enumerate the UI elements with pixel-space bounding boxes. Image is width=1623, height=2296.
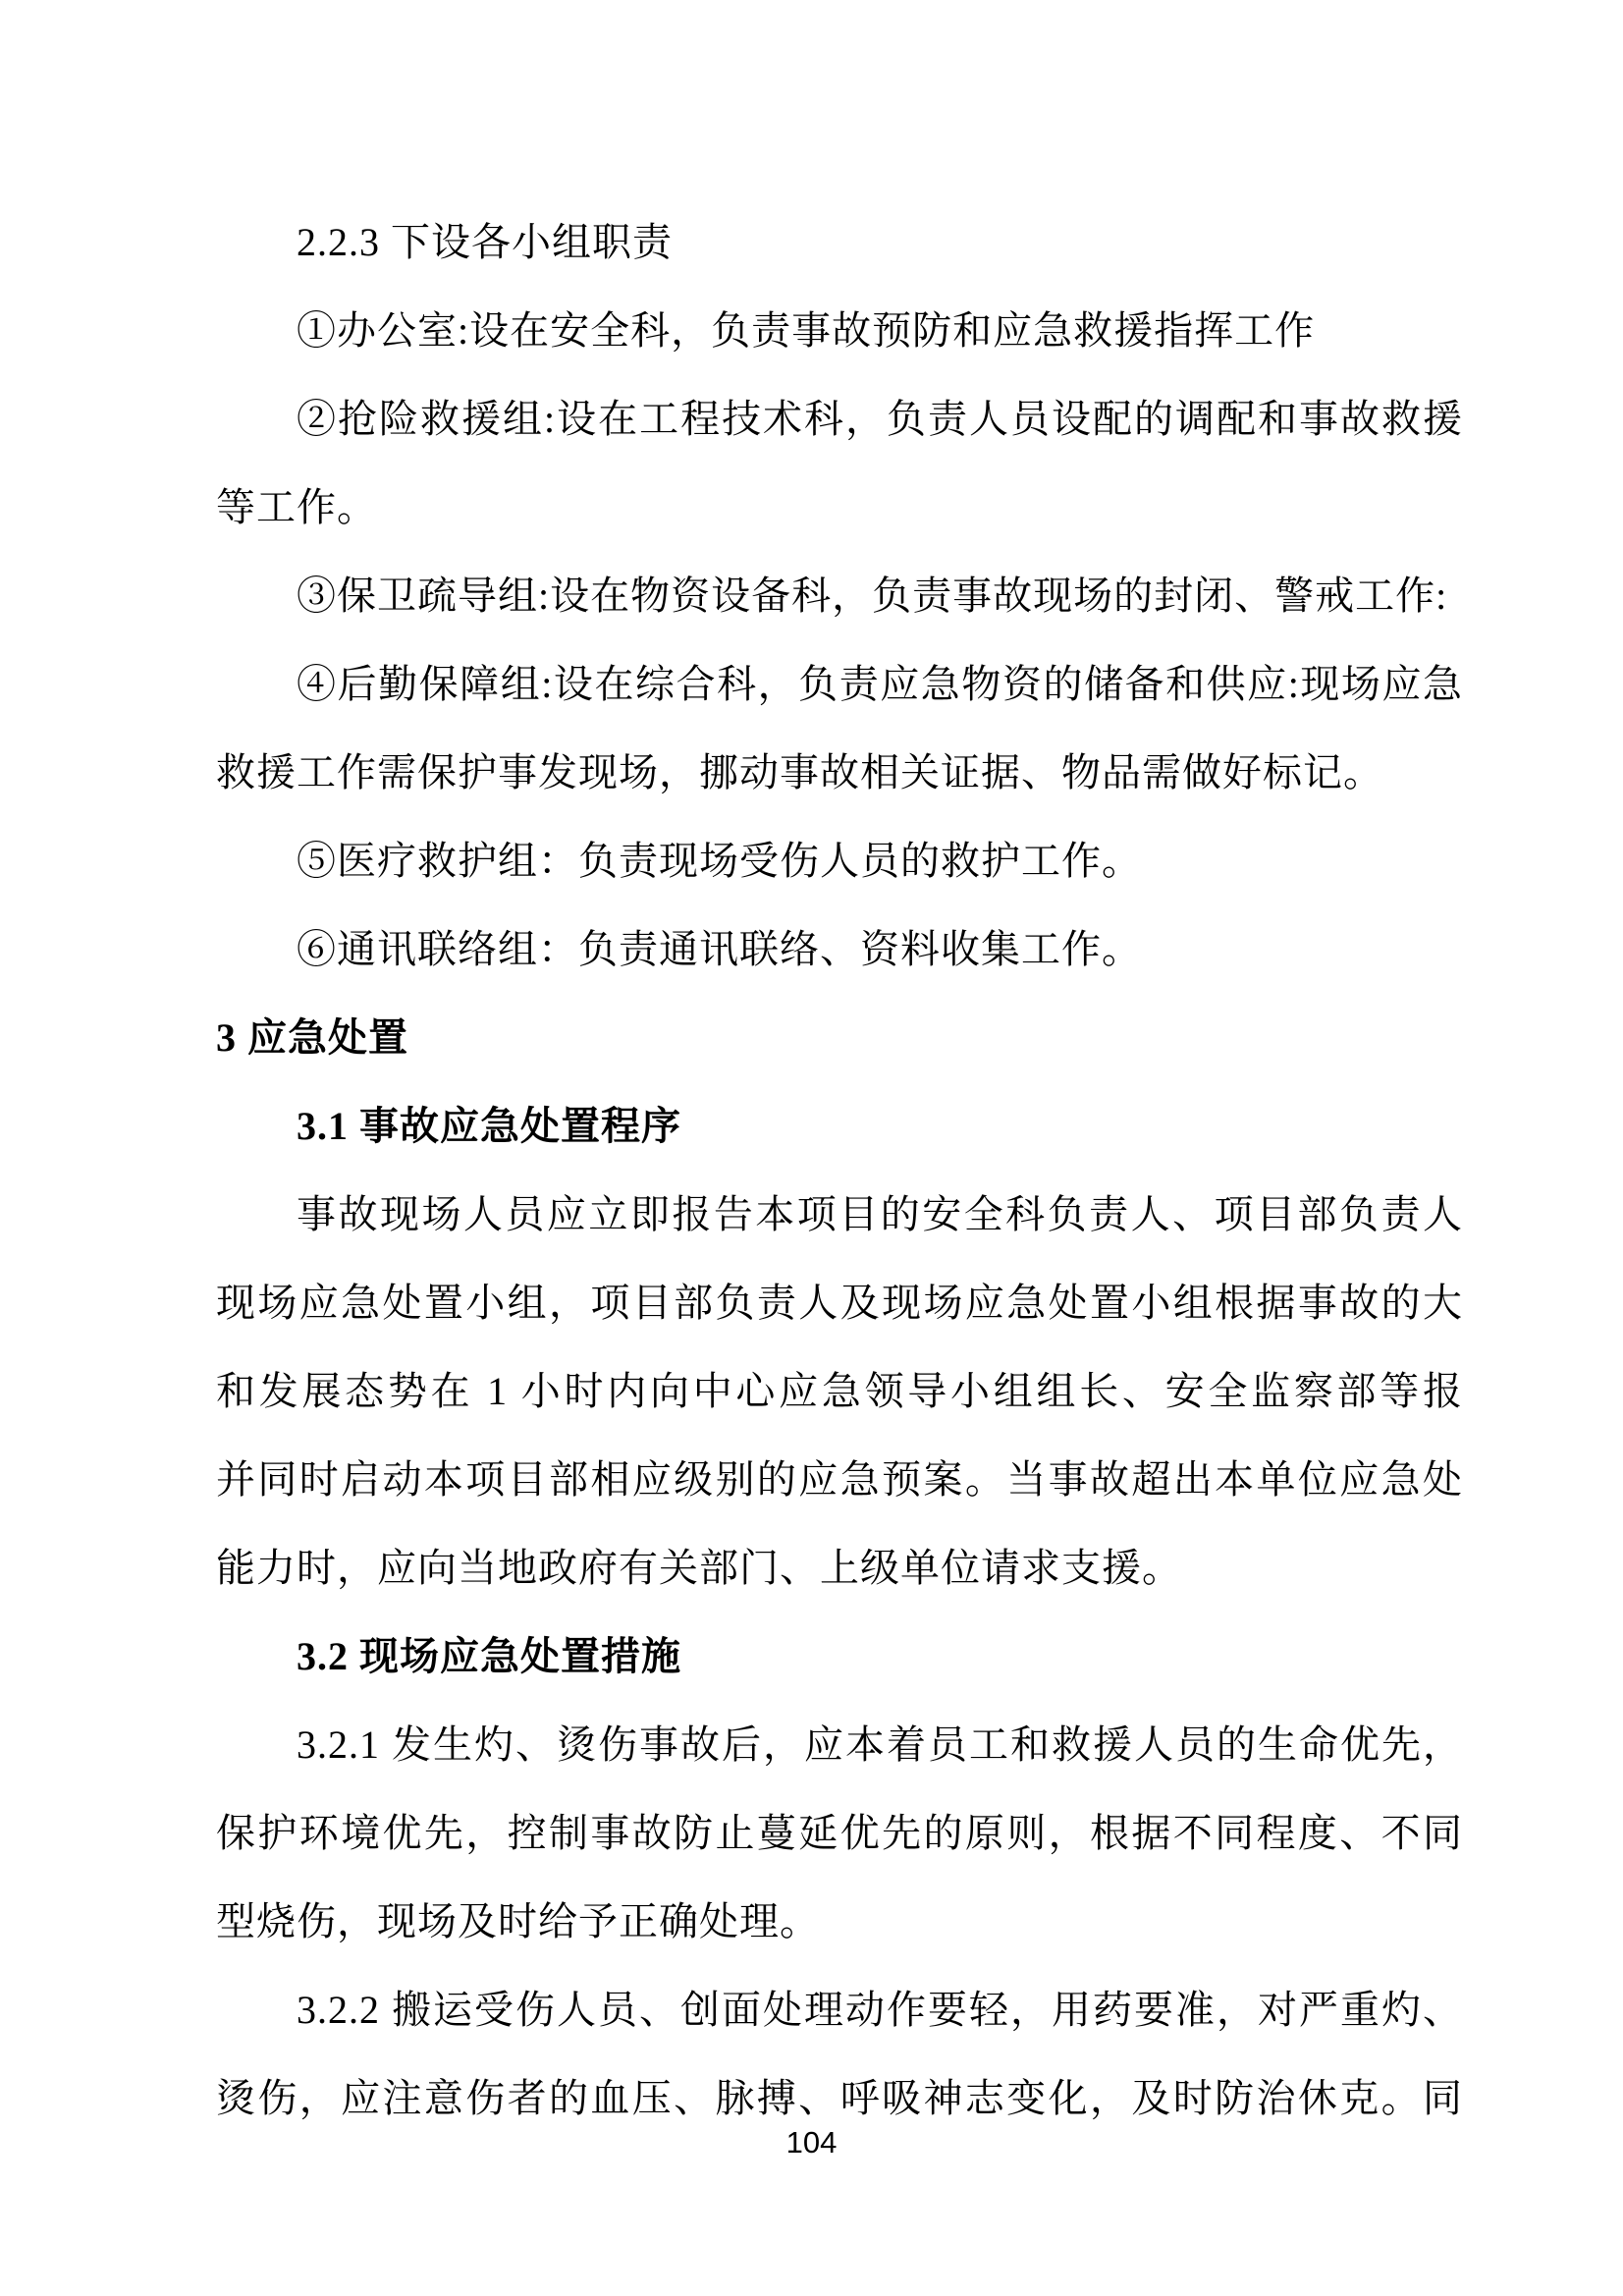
text-line: 3.2 现场应急处置措施 — [216, 1613, 1463, 1701]
text-line: ①办公室:设在安全科，负责事故预防和应急救援指挥工作 — [216, 287, 1463, 375]
text-line: ⑥通讯联络组：负责通讯联络、资料收集工作。 — [216, 905, 1463, 994]
text-line: 并同时启动本项目部相应级别的应急预案。当事故超出本单位应急处置 — [216, 1436, 1463, 1524]
text-line: ④后勤保障组:设在综合科，负责应急物资的储备和供应:现场应急 — [216, 640, 1463, 729]
text-line: 事故现场人员应立即报告本项目的安全科负责人、项目部负责人及 — [216, 1171, 1463, 1259]
text-line: 能力时，应向当地政府有关部门、上级单位请求支援。 — [216, 1524, 1463, 1613]
text-line: 3.1 事故应急处置程序 — [216, 1082, 1463, 1171]
text-line: ②抢险救援组:设在工程技术科，负责人员设配的调配和事故救援 — [216, 375, 1463, 464]
text-line: 现场应急处置小组，项目部负责人及现场应急处置小组根据事故的大小 — [216, 1259, 1463, 1347]
text-line: 3.2.2 搬运受伤人员、创面处理动作要轻，用药要准，对严重灼、 — [216, 1966, 1463, 2054]
text-line: 和发展态势在 1 小时内向中心应急领导小组组长、安全监察部等报告， — [216, 1347, 1463, 1436]
document-page: 2.2.3 下设各小组职责①办公室:设在安全科，负责事故预防和应急救援指挥工作②… — [0, 0, 1623, 2296]
text-line: 2.2.3 下设各小组职责 — [216, 198, 1463, 287]
text-line: 型烧伤，现场及时给予正确处理。 — [216, 1878, 1463, 1966]
page-footer: 104 — [0, 2123, 1623, 2162]
text-line: 救援工作需保护事发现场，挪动事故相关证据、物品需做好标记。 — [216, 729, 1463, 817]
document-body: 2.2.3 下设各小组职责①办公室:设在安全科，负责事故预防和应急救援指挥工作②… — [216, 198, 1463, 2143]
text-line: 保护环境优先，控制事故防止蔓延优先的原则，根据不同程度、不同类 — [216, 1789, 1463, 1878]
text-line: 3 应急处置 — [216, 994, 1463, 1082]
text-line: 3.2.1 发生灼、烫伤事故后，应本着员工和救援人员的生命优先， — [216, 1701, 1463, 1789]
text-line: 等工作。 — [216, 464, 1463, 552]
text-line: ⑤医疗救护组：负责现场受伤人员的救护工作。 — [216, 817, 1463, 905]
text-line: ③保卫疏导组:设在物资设备科，负责事故现场的封闭、警戒工作: — [216, 552, 1463, 640]
page-number: 104 — [786, 2125, 838, 2159]
